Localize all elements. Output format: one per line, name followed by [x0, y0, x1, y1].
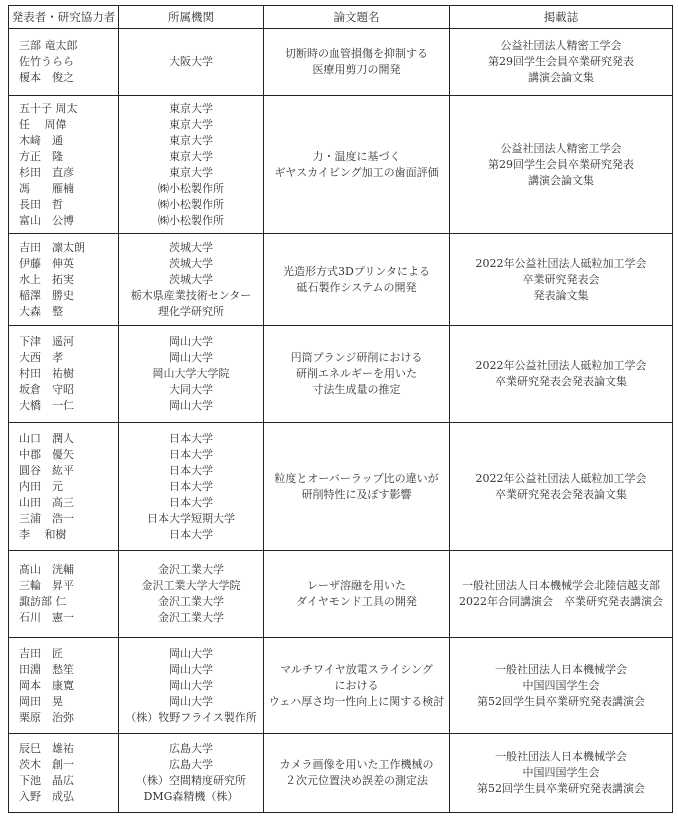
- author-name: 圓谷 紘平: [19, 463, 118, 479]
- affiliation-name: 岡山大学: [119, 398, 263, 414]
- title-cell: 円筒プランジ研削における研削エネルギーを用いた寸法生成量の推定: [264, 326, 450, 423]
- header-title: 論文題名: [264, 6, 450, 29]
- journal-line: 第29回学生会員卒業研究発表: [450, 54, 672, 70]
- affiliation-name: 茨城大学: [119, 256, 263, 272]
- author-name: 石川 憲一: [19, 610, 118, 626]
- author-name: 李 和樹: [19, 527, 118, 543]
- journal-cell: 一般社団法人日本機械学会北陸信越支部2022年合同講演会 卒業研究発表講演会: [450, 551, 673, 638]
- author-name: 方正 隆: [19, 149, 118, 165]
- affiliation-name: 東京大学: [119, 165, 263, 181]
- journal-line: 第29回学生会員卒業研究発表: [450, 157, 672, 173]
- author-name: 入野 成弘: [19, 789, 118, 805]
- author-name: 杉田 直彦: [19, 165, 118, 181]
- title-line: ギヤスカイビング加工の歯面評価: [264, 165, 449, 181]
- affiliation-cell: 岡山大学岡山大学岡山大学大学院大同大学岡山大学: [119, 326, 264, 423]
- author-name: 稲澤 勝史: [19, 288, 118, 304]
- table-row: 吉田 匠田淵 愁笙岡本 康寛岡田 晃栗原 治弥岡山大学岡山大学岡山大学岡山大学（…: [9, 638, 673, 734]
- author-name: 諏訪部 仁: [19, 594, 118, 610]
- author-name: 岡田 晃: [19, 694, 118, 710]
- author-name: 三浦 浩一: [19, 511, 118, 527]
- affiliation-name: 岡山大学: [119, 694, 263, 710]
- author-name: 下津 遥河: [19, 334, 118, 350]
- affiliation-name: 岡山大学: [119, 350, 263, 366]
- journal-cell: 一般社団法人日本機械学会中国四国学生会第52回学生員卒業研究発表講演会: [450, 734, 673, 813]
- title-cell: レーザ溶融を用いたダイヤモンド工具の開発: [264, 551, 450, 638]
- affiliation-name: 理化学研究所: [119, 304, 263, 320]
- authors-cell: 三部 竜太郎佐竹うらら榎本 俊之: [9, 29, 119, 96]
- affiliation-cell: 東京大学東京大学東京大学東京大学東京大学㈱小松製作所㈱小松製作所㈱小松製作所: [119, 96, 264, 234]
- title-line: 粒度とオーバーラップ比の違いが: [264, 471, 449, 487]
- table-row: 三部 竜太郎佐竹うらら榎本 俊之大阪大学切断時の血管損傷を抑制する医療用剪刀の開…: [9, 29, 673, 96]
- affiliation-name: ㈱小松製作所: [119, 181, 263, 197]
- table-row: 下津 遥河大西 孝村田 祐樹坂倉 守昭大橋 一仁岡山大学岡山大学岡山大学大学院大…: [9, 326, 673, 423]
- table-row: 山口 潤人中郡 優矢圓谷 紘平内田 元山田 高三三浦 浩一李 和樹日本大学日本大…: [9, 423, 673, 551]
- title-line: 円筒プランジ研削における: [264, 350, 449, 366]
- affiliation-name: 茨城大学: [119, 240, 263, 256]
- authors-cell: 下津 遥河大西 孝村田 祐樹坂倉 守昭大橋 一仁: [9, 326, 119, 423]
- journal-cell: 2022年公益社団法人砥粒加工学会卒業研究発表会発表論文集: [450, 326, 673, 423]
- table-body: 三部 竜太郎佐竹うらら榎本 俊之大阪大学切断時の血管損傷を抑制する医療用剪刀の開…: [9, 29, 673, 813]
- author-name: 大橋 一仁: [19, 398, 118, 414]
- affiliation-name: 日本大学: [119, 479, 263, 495]
- author-name: 大西 孝: [19, 350, 118, 366]
- affiliation-name: 日本大学: [119, 447, 263, 463]
- title-line: ２次元位置決め誤差の測定法: [264, 773, 449, 789]
- journal-line: 2022年公益社団法人砥粒加工学会: [450, 471, 672, 487]
- title-line: カメラ画像を用いた工作機械の: [264, 757, 449, 773]
- journal-line: 第52回学生員卒業研究発表講演会: [450, 781, 672, 797]
- author-name: 茨木 創一: [19, 757, 118, 773]
- author-name: 任 周偉: [19, 117, 118, 133]
- journal-line: 2022年公益社団法人砥粒加工学会: [450, 256, 672, 272]
- title-cell: 力・温度に基づくギヤスカイビング加工の歯面評価: [264, 96, 450, 234]
- title-cell: マルチワイヤ放電スライシングにおけるウェハ厚さ均一性向上に関する検討: [264, 638, 450, 734]
- affiliation-name: ㈱小松製作所: [119, 197, 263, 213]
- journal-line: 中国四国学生会: [450, 678, 672, 694]
- table-row: 吉田 凛太朗伊藤 伸英水上 拓実稲澤 勝史大森 整茨城大学茨城大学茨城大学栃木県…: [9, 234, 673, 326]
- author-name: 下池 晶広: [19, 773, 118, 789]
- author-name: 辰巳 雄祐: [19, 741, 118, 757]
- affiliation-name: 金沢工業大学大学院: [119, 578, 263, 594]
- journal-line: 中国四国学生会: [450, 765, 672, 781]
- authors-cell: 髙山 洸輔三輪 昇平諏訪部 仁石川 憲一: [9, 551, 119, 638]
- author-name: 三部 竜太郎: [19, 38, 118, 54]
- affiliation-name: （株）牧野フライス製作所: [119, 710, 263, 726]
- affiliation-name: （株）空間精度研究所: [119, 773, 263, 789]
- journal-line: 講演会論文集: [450, 173, 672, 189]
- affiliation-name: 東京大学: [119, 101, 263, 117]
- title-line: 切断時の血管損傷を抑制する: [264, 46, 449, 62]
- journal-line: 一般社団法人日本機械学会: [450, 749, 672, 765]
- authors-cell: 山口 潤人中郡 優矢圓谷 紘平内田 元山田 高三三浦 浩一李 和樹: [9, 423, 119, 551]
- affiliation-name: 岡山大学大学院: [119, 366, 263, 382]
- affiliation-name: 大阪大学: [119, 54, 263, 70]
- author-name: 田淵 愁笙: [19, 662, 118, 678]
- affiliation-name: 東京大学: [119, 149, 263, 165]
- affiliation-name: 金沢工業大学: [119, 562, 263, 578]
- title-cell: 切断時の血管損傷を抑制する医療用剪刀の開発: [264, 29, 450, 96]
- journal-line: 卒業研究発表会発表論文集: [450, 374, 672, 390]
- journal-line: 卒業研究発表会発表論文集: [450, 487, 672, 503]
- author-name: 中郡 優矢: [19, 447, 118, 463]
- journal-line: 第52回学生員卒業研究発表講演会: [450, 694, 672, 710]
- title-line: 力・温度に基づく: [264, 149, 449, 165]
- table-row: 髙山 洸輔三輪 昇平諏訪部 仁石川 憲一金沢工業大学金沢工業大学大学院金沢工業大…: [9, 551, 673, 638]
- affiliation-name: 金沢工業大学: [119, 594, 263, 610]
- affiliation-name: 広島大学: [119, 741, 263, 757]
- affiliation-name: 岡山大学: [119, 646, 263, 662]
- publication-table: 発表者・研究協力者 所属機関 論文題名 掲載誌 三部 竜太郎佐竹うらら榎本 俊之…: [8, 5, 673, 813]
- journal-cell: 一般社団法人日本機械学会中国四国学生会第52回学生員卒業研究発表講演会: [450, 638, 673, 734]
- affiliation-name: 岡山大学: [119, 662, 263, 678]
- affiliation-name: 大同大学: [119, 382, 263, 398]
- journal-line: 講演会論文集: [450, 70, 672, 86]
- author-name: 栗原 治弥: [19, 710, 118, 726]
- authors-cell: 五十子 周太任 周偉木﨑 通方正 隆杉田 直彦馮 雁楠長田 哲富山 公博: [9, 96, 119, 234]
- affiliation-cell: 岡山大学岡山大学岡山大学岡山大学（株）牧野フライス製作所: [119, 638, 264, 734]
- journal-line: 2022年合同講演会 卒業研究発表講演会: [450, 594, 672, 610]
- affiliation-cell: 金沢工業大学金沢工業大学大学院金沢工業大学金沢工業大学: [119, 551, 264, 638]
- header-journal: 掲載誌: [450, 6, 673, 29]
- journal-line: 一般社団法人日本機械学会北陸信越支部: [450, 578, 672, 594]
- journal-line: 発表論文集: [450, 288, 672, 304]
- author-name: 長田 哲: [19, 197, 118, 213]
- authors-cell: 辰巳 雄祐茨木 創一下池 晶広入野 成弘: [9, 734, 119, 813]
- affiliation-name: 茨城大学: [119, 272, 263, 288]
- author-name: 髙山 洸輔: [19, 562, 118, 578]
- affiliation-name: 岡山大学: [119, 334, 263, 350]
- journal-line: 一般社団法人日本機械学会: [450, 662, 672, 678]
- affiliation-name: 岡山大学: [119, 678, 263, 694]
- title-line: ウェハ厚さ均一性向上に関する検討: [264, 694, 449, 710]
- title-line: レーザ溶融を用いた: [264, 578, 449, 594]
- authors-cell: 吉田 匠田淵 愁笙岡本 康寛岡田 晃栗原 治弥: [9, 638, 119, 734]
- authors-cell: 吉田 凛太朗伊藤 伸英水上 拓実稲澤 勝史大森 整: [9, 234, 119, 326]
- journal-cell: 公益社団法人精密工学会第29回学生会員卒業研究発表講演会論文集: [450, 29, 673, 96]
- affiliation-name: DMG森精機（株）: [119, 789, 263, 805]
- title-line: 研削特性に及ぼす影響: [264, 487, 449, 503]
- affiliation-name: 栃木県産業技術センター: [119, 288, 263, 304]
- author-name: 五十子 周太: [19, 101, 118, 117]
- affiliation-cell: 日本大学日本大学日本大学日本大学日本大学日本大学短期大学日本大学: [119, 423, 264, 551]
- title-line: 光造形方式3Dプリンタによる: [264, 264, 449, 280]
- journal-cell: 2022年公益社団法人砥粒加工学会卒業研究発表会発表論文集: [450, 423, 673, 551]
- journal-line: 公益社団法人精密工学会: [450, 141, 672, 157]
- title-cell: 粒度とオーバーラップ比の違いが研削特性に及ぼす影響: [264, 423, 450, 551]
- table-row: 辰巳 雄祐茨木 創一下池 晶広入野 成弘広島大学広島大学（株）空間精度研究所DM…: [9, 734, 673, 813]
- title-cell: 光造形方式3Dプリンタによる砥石製作システムの開発: [264, 234, 450, 326]
- author-name: 榎本 俊之: [19, 70, 118, 86]
- author-name: 山田 高三: [19, 495, 118, 511]
- affiliation-name: 日本大学: [119, 431, 263, 447]
- author-name: 吉田 凛太朗: [19, 240, 118, 256]
- author-name: 水上 拓実: [19, 272, 118, 288]
- title-line: 研削エネルギーを用いた: [264, 366, 449, 382]
- title-line: マルチワイヤ放電スライシング: [264, 662, 449, 678]
- affiliation-cell: 茨城大学茨城大学茨城大学栃木県産業技術センター理化学研究所: [119, 234, 264, 326]
- affiliation-cell: 広島大学広島大学（株）空間精度研究所DMG森精機（株）: [119, 734, 264, 813]
- author-name: 三輪 昇平: [19, 578, 118, 594]
- title-cell: カメラ画像を用いた工作機械の２次元位置決め誤差の測定法: [264, 734, 450, 813]
- author-name: 木﨑 通: [19, 133, 118, 149]
- author-name: 内田 元: [19, 479, 118, 495]
- header-row: 発表者・研究協力者 所属機関 論文題名 掲載誌: [9, 6, 673, 29]
- affiliation-cell: 大阪大学: [119, 29, 264, 96]
- title-line: 砥石製作システムの開発: [264, 280, 449, 296]
- author-name: 大森 整: [19, 304, 118, 320]
- author-name: 村田 祐樹: [19, 366, 118, 382]
- journal-cell: 公益社団法人精密工学会第29回学生会員卒業研究発表講演会論文集: [450, 96, 673, 234]
- author-name: 吉田 匠: [19, 646, 118, 662]
- author-name: 岡本 康寛: [19, 678, 118, 694]
- title-line: 寸法生成量の推定: [264, 382, 449, 398]
- affiliation-name: 日本大学: [119, 495, 263, 511]
- affiliation-name: 日本大学: [119, 527, 263, 543]
- journal-cell: 2022年公益社団法人砥粒加工学会卒業研究発表会発表論文集: [450, 234, 673, 326]
- affiliation-name: 東京大学: [119, 117, 263, 133]
- affiliation-name: 広島大学: [119, 757, 263, 773]
- header-authors: 発表者・研究協力者: [9, 6, 119, 29]
- affiliation-name: 東京大学: [119, 133, 263, 149]
- author-name: 富山 公博: [19, 213, 118, 229]
- header-affiliation: 所属機関: [119, 6, 264, 29]
- journal-line: 2022年公益社団法人砥粒加工学会: [450, 358, 672, 374]
- affiliation-name: ㈱小松製作所: [119, 213, 263, 229]
- author-name: 坂倉 守昭: [19, 382, 118, 398]
- journal-line: 公益社団法人精密工学会: [450, 38, 672, 54]
- table-row: 五十子 周太任 周偉木﨑 通方正 隆杉田 直彦馮 雁楠長田 哲富山 公博東京大学…: [9, 96, 673, 234]
- author-name: 伊藤 伸英: [19, 256, 118, 272]
- title-line: における: [264, 678, 449, 694]
- affiliation-name: 金沢工業大学: [119, 610, 263, 626]
- affiliation-name: 日本大学短期大学: [119, 511, 263, 527]
- author-name: 佐竹うらら: [19, 54, 118, 70]
- author-name: 馮 雁楠: [19, 181, 118, 197]
- affiliation-name: 日本大学: [119, 463, 263, 479]
- journal-line: 卒業研究発表会: [450, 272, 672, 288]
- title-line: 医療用剪刀の開発: [264, 62, 449, 78]
- author-name: 山口 潤人: [19, 431, 118, 447]
- title-line: ダイヤモンド工具の開発: [264, 594, 449, 610]
